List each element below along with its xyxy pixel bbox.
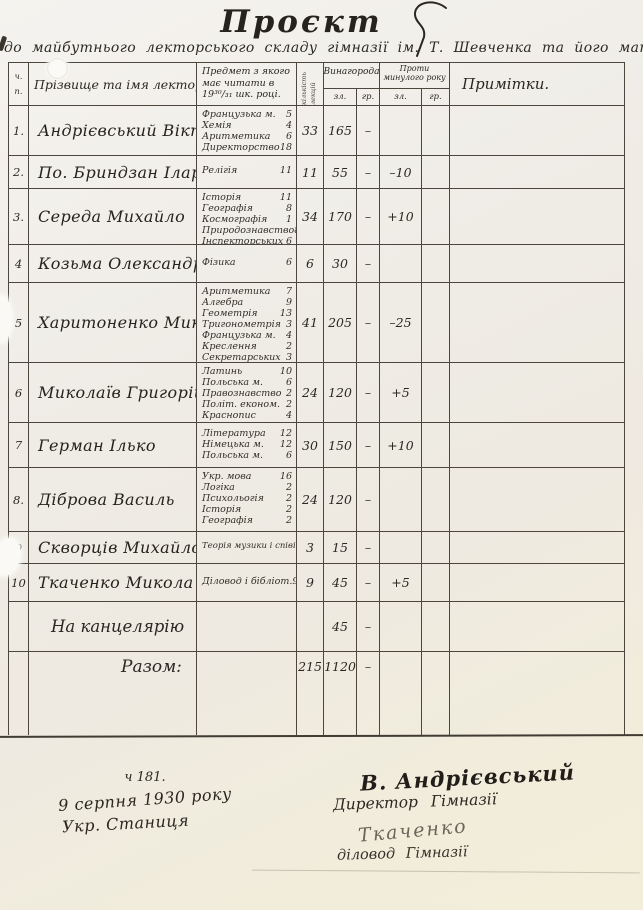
hours-cell: 24 [297,363,324,422]
pay-gr-cell: – [357,156,380,188]
subject-hours: 11 [280,192,292,203]
header-number-bottom: п. [14,87,22,97]
subject-line: Директорство18 [202,142,292,153]
pay-zl-cell: 45 [324,564,357,601]
header-pay-group: Винагорода зл. гр. [324,63,380,105]
header-subject: Предмет з якого має читати в 19³⁰/₃₁ шк.… [197,63,297,105]
subject-name: Директорство [202,142,280,153]
subject-line: Географія8 [202,203,292,214]
subject-line: Геометрія13 [202,308,292,319]
subjects-cell: Французька м.5 Хемія4 Аритметика6 Директ… [197,106,297,155]
pay-zl-cell: 120 [324,468,357,531]
pay-gr-cell: – [357,283,380,362]
subjects-cell: Укр. мова16 Логіка2 Психольогія2 Історія… [197,468,297,531]
office-row: На канцелярію 45 – [9,602,624,652]
subject-line: Польська м.6 [202,377,292,388]
header-pay-zl: зл. [324,89,357,105]
diff-zl-cell [380,106,422,155]
subject-line: Природознавство8 [202,225,292,236]
subject-hours: 2 [286,482,292,493]
pencil-line [252,870,640,874]
row-number-cell [9,602,29,651]
subject-hours: 13 [280,308,292,319]
diff-gr-cell [422,245,450,282]
row-number-cell [9,652,29,735]
table-row: 9 Скворців Михайло Теорія музики і співі… [9,532,624,564]
subject-line: Краснопис4 [202,410,292,421]
diff-gr-cell [422,189,450,244]
subject-line: Креслення2 [202,341,292,352]
lecturer-name-cell: Андрієвський Віктор [29,106,197,155]
pay-zl-cell: 1120 [324,652,357,735]
diff-zl-cell: +5 [380,564,422,601]
subject-hours: 2 [286,493,292,504]
subject-name: Польська м. [202,450,263,461]
subject-name: Геометрія [202,308,258,319]
header-hours-vertical-label: кількість лекцій [300,64,318,105]
subject-line: Латинь10 [202,366,292,377]
document-subtitle: до майбутнього лекторського складу гімна… [4,40,643,56]
pay-zl-cell: 30 [324,245,357,282]
subject-name: Аритметика [202,131,270,142]
office-label: На канцелярію [29,602,197,651]
row-number-cell: 7 [9,423,29,467]
hours-cell: 24 [297,468,324,531]
pay-zl-cell: 45 [324,602,357,651]
subject-hours: 4 [286,410,292,421]
notes-cell [450,189,624,244]
diff-gr-cell [422,532,450,563]
subject-hours: 10 [280,366,292,377]
diff-gr-cell [422,602,450,651]
table-row: 2. По. Бриндзан Іларіт Релігія11 11 55 –… [9,156,624,189]
notes-cell [450,156,624,188]
header-pay-gr: гр. [357,89,379,105]
lecturer-name-cell: По. Бриндзан Іларіт [29,156,197,188]
hours-cell: 11 [297,156,324,188]
subject-hours: 3 [286,319,292,330]
table-row: 3. Середа Михайло Історія11 Географія8 К… [9,189,624,245]
lecturer-name-cell: Козьма Олександр [29,245,197,282]
diff-zl-cell: +5 [380,363,422,422]
subject-line: Логіка2 [202,482,292,493]
diff-zl-cell: –25 [380,283,422,362]
diff-zl-cell [380,532,422,563]
notes-cell [450,106,624,155]
diff-zl-cell [380,602,422,651]
subject-name: Фізика [202,257,236,268]
subject-line: Географія2 [202,515,292,526]
subject-name: Латинь [202,366,242,377]
diff-gr-cell [422,423,450,467]
subject-name: Історія [202,192,241,203]
header-pay-group-label: Винагорода [324,63,379,88]
table-row: 10 Ткаченко Микола Діловод і бібліот.9 9… [9,564,624,602]
subject-hours: 7 [286,286,292,297]
subject-name: Французька м. [202,109,276,120]
table-row: 6 Миколаїв Григорій Латинь10 Польська м.… [9,363,624,423]
pay-zl-cell: 205 [324,283,357,362]
notes-cell [450,283,624,362]
pay-zl-cell: 170 [324,189,357,244]
subject-name: Логіка [202,482,235,493]
subject-name: Географія [202,203,253,214]
diff-zl-cell: –10 [380,156,422,188]
hours-cell: 30 [297,423,324,467]
subject-line: Аритметика6 [202,131,292,142]
subject-line: Релігія11 [202,165,292,176]
subject-line: Психольогія2 [202,493,292,504]
lecturer-name-cell: Харитоненко Микит. [29,283,197,362]
subject-line: Політ. економ.2 [202,399,292,410]
pay-gr-cell: – [357,423,380,467]
total-label: Разом: [29,652,197,735]
subject-hours: 16 [280,471,292,482]
subject-name: Тригонометрія [202,319,281,330]
diff-gr-cell [422,106,450,155]
hole-punch [47,58,68,79]
lecturer-name-cell: Миколаїв Григорій [29,363,197,422]
subjects-cell: Діловод і бібліот.9 [197,564,297,601]
subject-name: Хемія [202,120,232,131]
diff-zl-cell: +10 [380,189,422,244]
hours-cell: 41 [297,283,324,362]
subject-name: Аритметика [202,286,270,297]
subject-name: Психольогія [202,493,264,504]
subject-hours: 18 [280,142,292,153]
subject-line: Космографія1 [202,214,292,225]
hours-cell: 9 [297,564,324,601]
table-row: 7 Герман Ілько Література12 Німецька м.1… [9,423,624,468]
notes-cell [450,564,624,601]
subject-hours: 8 [286,203,292,214]
lecturer-name-cell: Діброва Василь [29,468,197,531]
header-notes: Примітки. [450,63,624,105]
subject-hours: 11 [280,165,292,176]
hours-cell [297,602,324,651]
notes-cell [450,602,624,651]
subject-line: Німецька м.12 [202,439,292,450]
clerk-title: діловод Гімназії [337,844,468,863]
subject-hours: 3 [286,352,292,362]
diff-gr-cell [422,283,450,362]
subjects-cell [197,602,297,651]
hours-cell: 3 [297,532,324,563]
hours-cell: 6 [297,245,324,282]
subject-hours: 2 [286,504,292,515]
header-diff-group: Проти минулого року зл. гр. [380,63,450,105]
diff-zl-cell [380,652,422,735]
pay-gr-cell: – [357,468,380,531]
subject-name: Теорія музики і співів [202,541,297,552]
table-row: 5 Харитоненко Микит. Аритметика7 Алгебра… [9,283,624,363]
subject-line: Правознавство2 [202,388,292,399]
subject-line: Історія11 [202,192,292,203]
header-hours-vertical: кількість лекцій [297,63,324,105]
table-bottom-rule [0,734,643,738]
lecturers-table: ч. п. Прізвище та імя лектора Предмет з … [8,62,625,735]
lecturer-name-cell: Ткаченко Микола [29,564,197,601]
subjects-cell: Аритметика7 Алгебра9 Геометрія13 Тригоно… [197,283,297,362]
header-diff-subcolumns: зл. гр. [380,88,449,105]
notes-cell [450,363,624,422]
subject-name: Німецька м. [202,439,264,450]
subject-name: Література [202,428,266,439]
header-number: ч. п. [9,63,29,105]
row-number-cell: 2. [9,156,29,188]
subject-name: Креслення [202,341,257,352]
subject-hours: 5 [286,109,292,120]
subject-line: Алгебра9 [202,297,292,308]
row-number-cell: 5 [9,283,29,362]
pay-gr-cell: – [357,564,380,601]
pay-gr-cell: – [357,245,380,282]
subject-hours: 6 [286,131,292,142]
subject-line: Польська м.6 [202,450,292,461]
subject-name: Секретарських [202,352,281,362]
diff-gr-cell [422,652,450,735]
table-header-row: ч. п. Прізвище та імя лектора Предмет з … [9,63,624,106]
lecturer-name-cell: Герман Ілько [29,423,197,467]
subject-name: Історія [202,504,241,515]
pay-zl-cell: 165 [324,106,357,155]
subjects-cell: Фізика6 [197,245,297,282]
doc-place: Укр. Станиця [62,811,190,837]
subjects-cell: Історія11 Географія8 Космографія1 Природ… [197,189,297,244]
row-number-cell: 6 [9,363,29,422]
header-diff-gr: гр. [422,89,449,105]
subject-name: Польська м. [202,377,263,388]
subject-hours: 6 [286,257,292,268]
subject-line: Інспекторських6 [202,236,292,244]
hours-cell: 34 [297,189,324,244]
doc-number: ч 181. [85,770,205,785]
subject-name: Космографія [202,214,267,225]
document-title: Проєкт [0,4,603,40]
director-title: Директор Гімназії [333,790,497,814]
header-diff-zl: зл. [380,89,422,105]
subject-hours: 4 [286,330,292,341]
subjects-cell: Література12 Німецька м.12 Польська м.6 [197,423,297,467]
subjects-cell: Релігія11 [197,156,297,188]
subject-name: Французька м. [202,330,276,341]
subject-line: Історія2 [202,504,292,515]
subject-line: Теорія музики і співів3 [202,541,292,552]
row-number-cell: 1. [9,106,29,155]
row-number-cell: 8. [9,468,29,531]
notes-cell [450,652,624,735]
scanned-document-page: Проєкт до майбутнього лекторського склад… [0,0,643,910]
pay-zl-cell: 55 [324,156,357,188]
header-diff-group-label: Проти минулого року [380,63,449,88]
subjects-cell [197,652,297,735]
table-row: 4 Козьма Олександр Фізика6 6 30 – [9,245,624,283]
diff-zl-cell: +10 [380,423,422,467]
pay-gr-cell: – [357,106,380,155]
subject-line: Французька м.5 [202,109,292,120]
pay-gr-cell: – [357,532,380,563]
pay-gr-cell: – [357,189,380,244]
subject-line: Фізика6 [202,257,292,268]
header-pay-subcolumns: зл. гр. [324,88,379,105]
subject-hours: 2 [286,341,292,352]
table-row: 8. Діброва Василь Укр. мова16 Логіка2 Пс… [9,468,624,532]
subject-line: Французька м.4 [202,330,292,341]
subject-hours: 2 [286,388,292,399]
pay-zl-cell: 150 [324,423,357,467]
pay-gr-cell: – [357,363,380,422]
subject-line: Тригонометрія3 [202,319,292,330]
notes-cell [450,532,624,563]
diff-gr-cell [422,468,450,531]
subject-name: Укр. мова [202,471,251,482]
subject-hours: 6 [286,377,292,388]
lecturer-name-cell: Середа Михайло [29,189,197,244]
total-row: Разом: 215 1120 – [9,652,624,735]
hours-cell: 33 [297,106,324,155]
notes-cell [450,468,624,531]
subject-name: Релігія [202,165,237,176]
subject-hours: 2 [286,515,292,526]
subject-line: Укр. мова16 [202,471,292,482]
hours-cell: 215 [297,652,324,735]
subject-hours: 9 [286,297,292,308]
diff-gr-cell [422,363,450,422]
subject-line: Секретарських3 [202,352,292,362]
subject-name: Правознавство [202,388,282,399]
subject-line: Хемія4 [202,120,292,131]
subject-name: Географія [202,515,253,526]
row-number-cell: 3. [9,189,29,244]
subject-line: Аритметика7 [202,286,292,297]
subject-name: Алгебра [202,297,243,308]
subject-hours: 12 [280,428,292,439]
subject-hours: 6 [286,236,292,244]
diff-gr-cell [422,156,450,188]
pay-gr-cell: – [357,602,380,651]
lecturer-name-cell: Скворців Михайло [29,532,197,563]
pay-zl-cell: 15 [324,532,357,563]
subjects-cell: Теорія музики і співів3 [197,532,297,563]
subject-hours: 1 [286,214,292,225]
subject-name: Інспекторських [202,236,283,244]
table-row: 1. Андрієвський Віктор Французька м.5 Хе… [9,106,624,156]
pay-gr-cell: – [357,652,380,735]
diff-zl-cell [380,245,422,282]
subjects-cell: Латинь10 Польська м.6 Правознавство2 Пол… [197,363,297,422]
subject-line: Література12 [202,428,292,439]
diff-zl-cell [380,468,422,531]
pay-zl-cell: 120 [324,363,357,422]
subject-hours: 6 [286,450,292,461]
diff-gr-cell [422,564,450,601]
subject-name: Природознавство [202,225,294,236]
subject-name: Діловод і бібліот. [202,576,292,587]
subject-name: Краснопис [202,410,256,421]
doc-date: 9 серпня 1930 року [58,784,233,815]
notes-cell [450,423,624,467]
subject-hours: 2 [286,399,292,410]
notes-cell [450,245,624,282]
subject-hours: 12 [280,439,292,450]
subject-name: Політ. економ. [202,399,280,410]
row-number-cell: 4 [9,245,29,282]
clerk-signature: Ткаченко [357,815,468,846]
subject-hours: 4 [286,120,292,131]
subject-line: Діловод і бібліот.9 [202,576,292,587]
header-number-top: ч. [15,72,23,82]
